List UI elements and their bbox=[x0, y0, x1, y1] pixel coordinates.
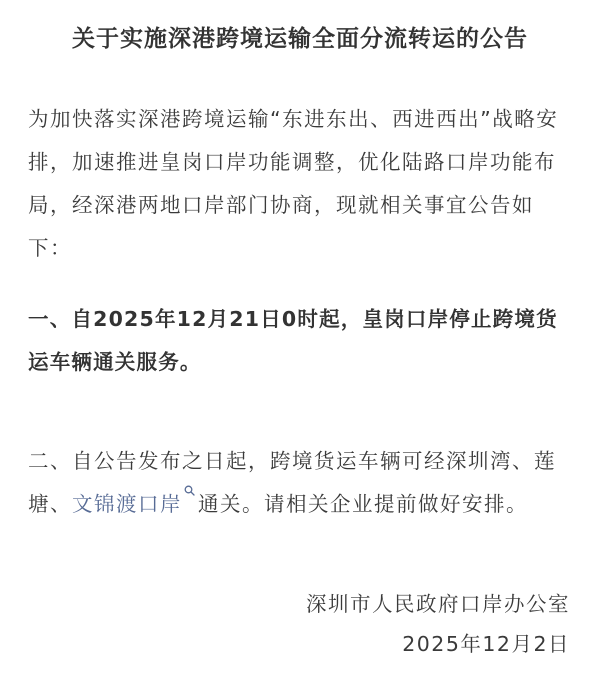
item-two-paragraph: 二、自公告发布之日起，跨境货运车辆可经深圳湾、莲塘、文锦渡口岸通关。请相关企业提… bbox=[28, 440, 576, 526]
signature-block: 深圳市人民政府口岸办公室 2025年12月2日 bbox=[306, 584, 570, 664]
item-two-text-after: 通关。请相关企业提前做好安排。 bbox=[198, 492, 528, 516]
wenjindu-port-link[interactable]: 文锦渡口岸 bbox=[72, 492, 182, 516]
item-one-paragraph: 一、自2025年12月21日0时起，皇岗口岸停止跨境货运车辆通关服务。 bbox=[28, 298, 576, 384]
intro-paragraph: 为加快落实深港跨境运输“东进东出、西进西出”战略安排，加速推进皇岗口岸功能调整，… bbox=[28, 98, 576, 270]
issue-date: 2025年12月2日 bbox=[306, 624, 570, 664]
issuer-name: 深圳市人民政府口岸办公室 bbox=[306, 584, 570, 624]
document-title: 关于实施深港跨境运输全面分流转运的公告 bbox=[0, 22, 600, 56]
search-icon[interactable] bbox=[184, 483, 196, 497]
